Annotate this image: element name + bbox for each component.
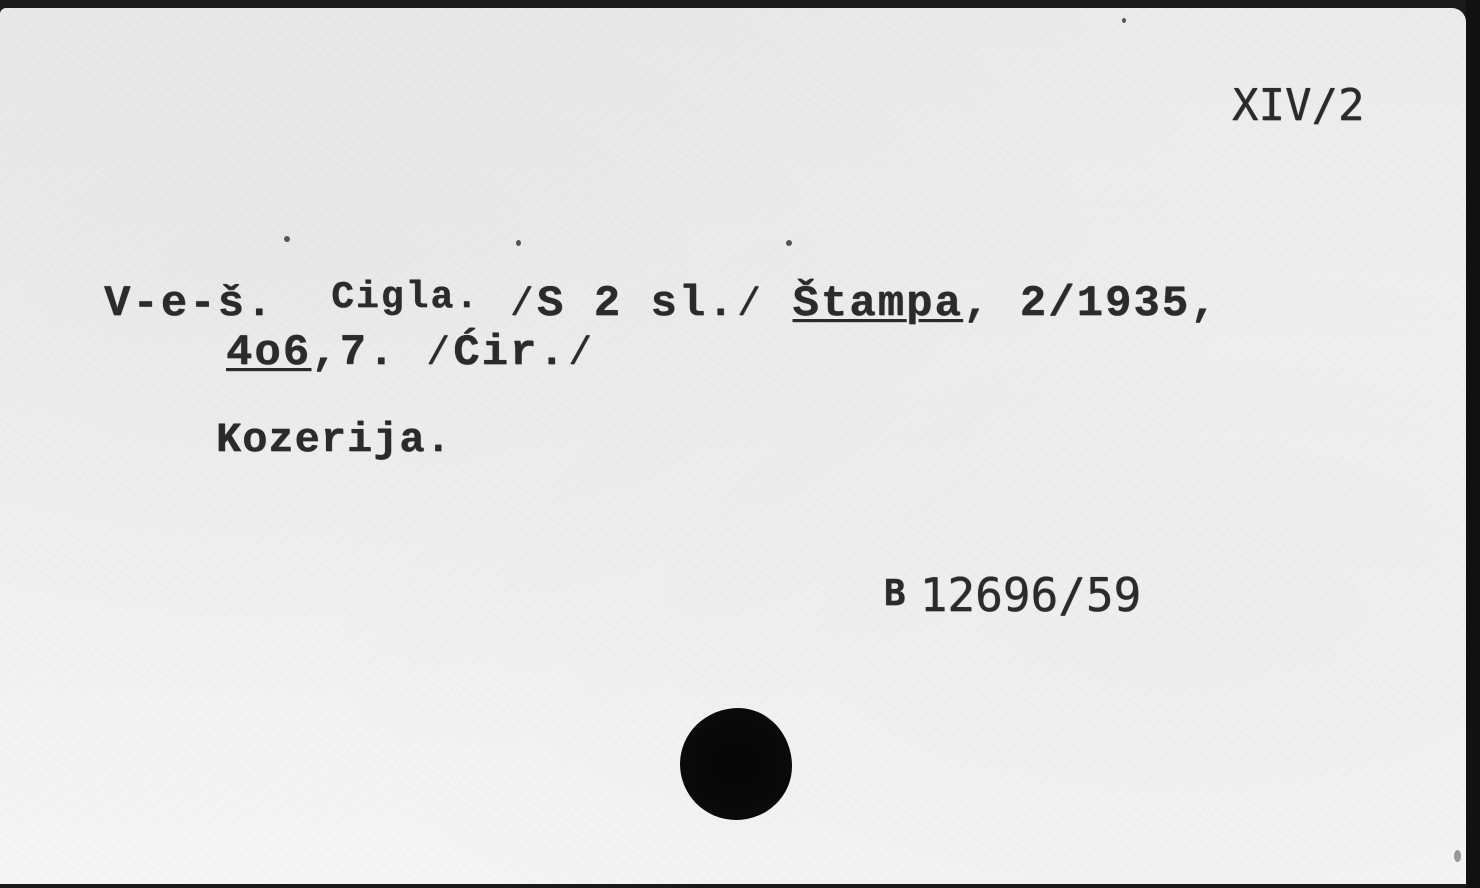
source-issue: , 2/1935, — [963, 279, 1219, 329]
ink-speck — [284, 236, 290, 242]
ink-speck — [516, 240, 521, 246]
catalog-card: XIV/2 V-e-š. Cigla. ⁄S 2 sl.⁄ Štampa, 2/… — [0, 8, 1466, 884]
punch-hole — [680, 708, 792, 820]
call-number: XIV/2 — [1232, 80, 1364, 131]
shelf-mark: B12696/59 — [884, 568, 1141, 622]
entry-line-2: 4o6,7. ⁄Ćir.⁄ — [226, 328, 595, 378]
shelf-mark-prefix: B — [884, 573, 906, 614]
ink-speck — [1122, 18, 1126, 23]
bracket-note-series: ⁄S 2 sl.⁄ — [508, 279, 764, 329]
entry-line-1: V-e-š. Cigla. ⁄S 2 sl.⁄ Štampa, 2/1935, — [104, 276, 1219, 329]
ink-speck — [1454, 850, 1461, 862]
source-publication: Štampa — [793, 279, 963, 329]
genre-line: Kozerija. — [216, 416, 452, 464]
card-edge-shadow — [1466, 0, 1480, 888]
author-initials: V-e-š. — [104, 279, 274, 329]
article-title: Cigla. — [331, 276, 480, 319]
page-number: 4o6 — [226, 328, 311, 378]
page-suffix: ,7. — [311, 328, 396, 378]
bracket-note-script: ⁄Ćir.⁄ — [425, 328, 595, 378]
shelf-mark-number: 12696/59 — [920, 568, 1142, 622]
ink-speck — [786, 240, 792, 246]
scanned-card-image: XIV/2 V-e-š. Cigla. ⁄S 2 sl.⁄ Štampa, 2/… — [0, 0, 1480, 888]
